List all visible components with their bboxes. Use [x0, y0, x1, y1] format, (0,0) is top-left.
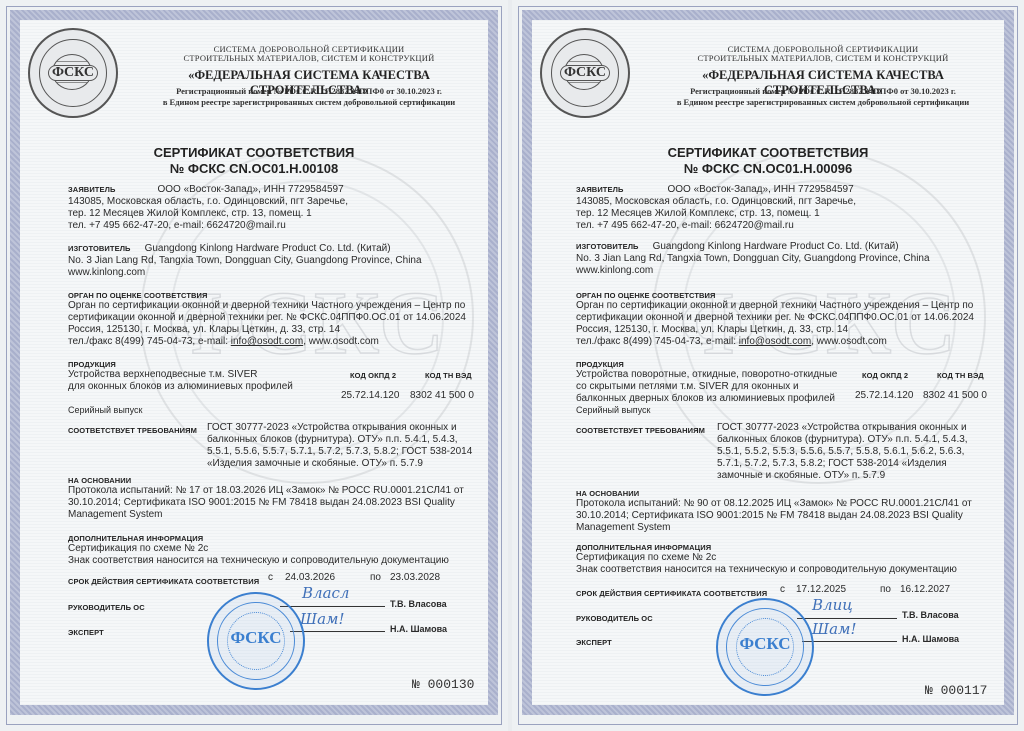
expert-label: ЭКСПЕРТ	[68, 627, 104, 639]
registration-line-2: в Едином реестре зарегистрированных сист…	[130, 97, 488, 107]
manufacturer-name: Guangdong Kinlong Hardware Product Co. L…	[653, 241, 899, 252]
okpd-label: КОД ОКПД 2	[350, 370, 396, 382]
valid-to: 23.03.2028	[390, 572, 440, 584]
validity-label: СРОК ДЕЙСТВИЯ СЕРТИФИКАТА СООТВЕТСТВИЯ	[68, 576, 259, 588]
fsks-logo-icon: ФСКС	[28, 28, 118, 118]
valid-from: 17.12.2025	[796, 584, 846, 596]
body-line-3: Россия, 125130, г. Москва, ул. Клары Цет…	[68, 324, 340, 336]
manufacturer-address: No. 3 Jian Lang Rd, Tangxia Town, Donggu…	[68, 255, 422, 267]
body-email-link[interactable]: info@osodt.com	[739, 336, 811, 347]
certificate-number: № ФСКС CN.OC01.H.00096	[512, 161, 1024, 176]
blue-seal-stamp-icon: ФСКС	[207, 592, 305, 690]
okpd-value: 25.72.14.120	[341, 390, 399, 402]
expert-signature: Шам!	[812, 620, 857, 638]
expert-signature: Шам!	[300, 610, 345, 628]
tnved-value: 8302 41 500 0	[923, 390, 987, 402]
certificate-title: СЕРТИФИКАТ СООТВЕТСТВИЯ	[512, 145, 1024, 160]
body-line-1: Орган по сертификации оконной и дверной …	[68, 300, 465, 312]
manufacturer-name: Guangdong Kinlong Hardware Product Co. L…	[145, 243, 391, 254]
blue-seal-stamp-icon: ФСКС	[716, 598, 814, 696]
certificate-00108: ФСКС ФСКС СИСТЕМА ДОБРОВОЛЬНОЙ СЕРТИФИКА…	[0, 0, 508, 731]
tnved-value: 8302 41 500 0	[410, 390, 474, 402]
product-line-2: для оконных блоков из алюминиевых профил…	[68, 381, 293, 393]
head-signature: Влиц	[812, 596, 853, 614]
okpd-value: 25.72.14.120	[855, 390, 913, 402]
head-name: Т.В. Власова	[390, 598, 447, 610]
applicant-address-1: 143085, Московская область, г.о. Одинцов…	[68, 196, 348, 208]
body-line-2: сертификации оконной и дверной техники р…	[68, 312, 466, 324]
tnved-label: КОД ТН ВЭД	[425, 370, 472, 382]
valid-from: 24.03.2026	[285, 572, 335, 584]
fsks-logo-icon: ФСКС	[540, 28, 630, 118]
applicant-label: ЗАЯВИТЕЛЬ	[68, 185, 115, 194]
manufacturer-website: www.kinlong.com	[68, 267, 145, 279]
expert-name: Н.А. Шамова	[390, 623, 447, 635]
certificate-title: СЕРТИФИКАТ СООТВЕТСТВИЯ	[0, 145, 508, 160]
product-line-1: Устройства верхнеподвесные т.м. SIVER	[68, 369, 257, 381]
head-signature-line	[280, 606, 385, 607]
body-email-link[interactable]: info@osodt.com	[231, 336, 303, 347]
valid-to: 16.12.2027	[900, 584, 950, 596]
applicant-name: ООО «Восток-Запад», ИНН 7729584597	[667, 184, 853, 195]
applicant-contact: тел. +7 495 662-47-20, e-mail: 6624720@m…	[68, 220, 286, 232]
manufacturer-label: ИЗГОТОВИТЕЛЬ	[68, 244, 131, 253]
applicant-name: ООО «Восток-Запад», ИНН 7729584597	[157, 184, 343, 195]
applicant-address-2: тер. 12 Месяцев Жилой Комплекс, стр. 13,…	[68, 208, 312, 220]
certificate-number: № ФСКС CN.OC01.H.00108	[0, 161, 508, 176]
serial-release: Серийный выпуск	[68, 404, 143, 416]
blank-serial-number: № 000130	[412, 677, 474, 692]
system-line-2: СТРОИТЕЛЬНЫХ МАТЕРИАЛОВ, СИСТЕМ И КОНСТР…	[130, 53, 488, 63]
blank-serial-number: № 000117	[925, 683, 987, 698]
certificate-00096: ФСКС ФСКС СИСТЕМА ДОБРОВОЛЬНОЙ СЕРТИФИКА…	[512, 0, 1024, 731]
complies-label: СООТВЕТСТВУЕТ ТРЕБОВАНИЯМ	[68, 425, 197, 437]
head-signature: Влaсл	[302, 584, 349, 602]
registration-line-1: Регистрационный номер № РОСС RU.П2882.04…	[130, 86, 488, 96]
head-label: РУКОВОДИТЕЛЬ ОС	[68, 602, 145, 614]
